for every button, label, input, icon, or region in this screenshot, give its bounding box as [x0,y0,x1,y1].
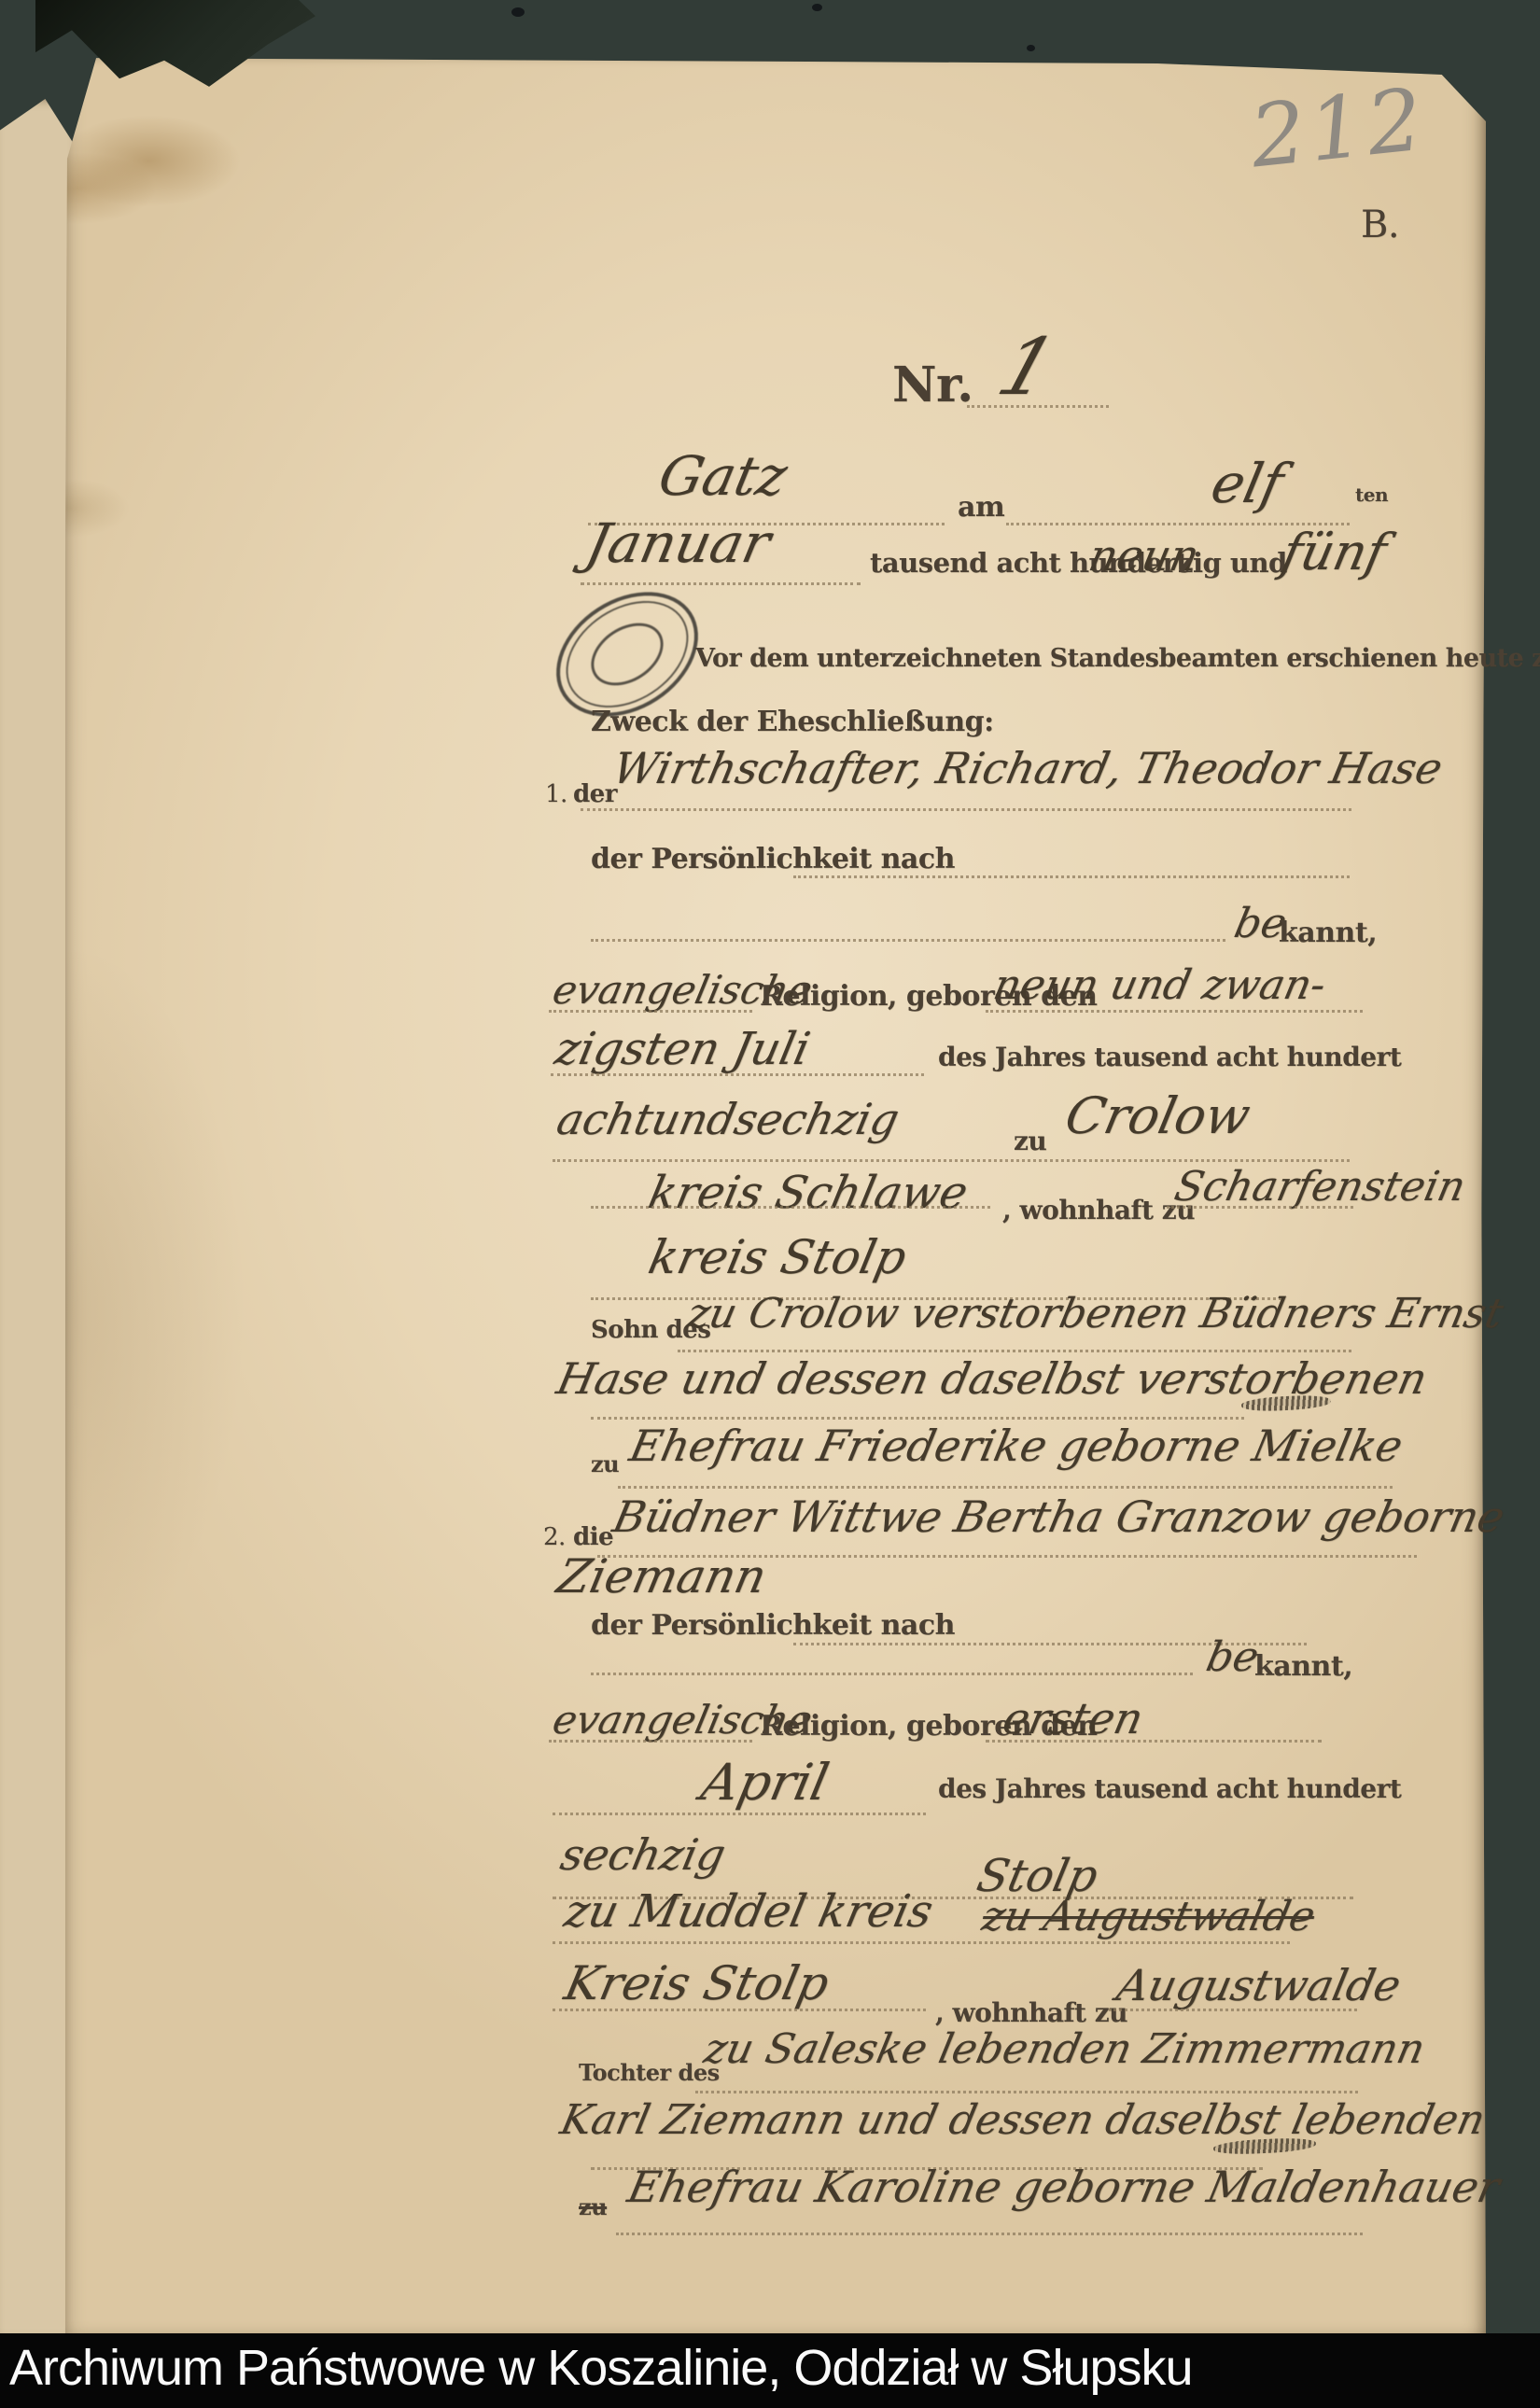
bride-parents-zu-label: zu [579,2193,607,2220]
dotted-fill-line [591,1206,990,1209]
bride-article: die [573,1523,613,1551]
pencil-page-number: 212 [1246,69,1431,187]
intro-line2: Zweck der Eheschließung: [591,706,994,738]
record-number-label: Nr. [892,357,973,413]
dotted-fill-line [678,1350,1351,1352]
dotted-fill-line [793,875,1350,878]
bride-parents-line1: zu Saleske lebenden Zimmermann [700,2025,1429,2073]
groom-residence-label: , wohnhaft zu [1002,1195,1195,1225]
dust-speck [511,7,525,17]
dotted-fill-line [591,1417,1244,1420]
bride-birth-district-entry: Kreis Stolp [560,1956,833,2010]
bride-identity-label: der Persönlichkeit nach [591,1609,955,1642]
bride-birth-month-entry: April [696,1753,833,1812]
dust-speck [1027,45,1035,51]
groom-identity-label: der Persönlichkeit nach [591,843,955,875]
groom-kannt-label: kannt, [1279,917,1377,949]
dotted-fill-line [551,1073,924,1076]
dotted-fill-line [986,1740,1322,1743]
bride-birth-place-entry: zu Muddel kreis [560,1885,937,1938]
dotted-fill-line [591,939,1225,942]
month-entry: Januar [581,511,776,575]
dotted-fill-line [553,1813,926,1815]
groom-birth-day2-entry: zigsten Juli [551,1023,815,1075]
bride-kannt-label: kannt, [1254,1650,1352,1683]
bride-item-number: 2. [543,1523,566,1551]
dotted-fill-line [616,2233,1363,2235]
dotted-fill-line [1109,2009,1357,2011]
bride-parent-label: Tochter des [579,2059,720,2086]
intro-line: Vor dem unterzeichneten Standesbeamten e… [695,644,1540,673]
dotted-fill-line [549,1740,752,1743]
bride-residence-entry: Augustwalde [1113,1960,1406,2010]
day-entry: elf [1206,452,1289,515]
bride-residence-label: , wohnhaft zu [935,1997,1127,2028]
groom-year-label: des Jahres tausend acht hundert [938,1042,1401,1072]
bride-parents-line3: Ehefrau Karoline geborne Maldenhauer [623,2162,1505,2212]
groom-parents-zu-label: zu [591,1450,619,1477]
groom-parents-line3: Ehefrau Friederike geborne Mielke [625,1421,1407,1471]
groom-birth-year-entry: achtundsechzig [553,1094,903,1144]
dotted-fill-line [581,582,861,585]
bride-name-line2: Ziemann [553,1549,771,1603]
groom-residence-district-entry: kreis Stolp [644,1230,911,1284]
dotted-fill-line [581,808,1351,811]
dotted-fill-line [1167,1206,1353,1209]
dotted-fill-line [695,2091,1358,2093]
bride-birth-year-entry: sechzig [556,1829,730,1880]
bride-year-label: des Jahres tausend acht hundert [938,1773,1401,1804]
archive-caption: Archiwum Państwowe w Koszalinie, Oddział… [9,2339,1193,2397]
place-entry: Gatz [653,444,792,508]
bride-birth-place-struck: zu Augustwalde [978,1893,1319,1940]
bride-name-line1: Büdner Wittwe Bertha Granzow geborne [609,1491,1509,1542]
day-suffix: ten [1355,483,1388,506]
groom-residence-entry: Scharfenstein [1170,1163,1470,1211]
bride-birth-day-entry: ersten [999,1693,1148,1743]
dotted-fill-line [967,405,1109,408]
groom-parents-line1: zu Crolow verstorbenen Büdners Ernst [683,1290,1507,1337]
groom-item-number: 1. [545,780,567,808]
groom-birth-place-entry: Crolow [1060,1086,1255,1145]
bride-parents-line2: Karl Ziemann und dessen daselbst lebende… [556,2096,1490,2144]
archive-caption-bar: Archiwum Państwowe w Koszalinie, Oddział… [0,2333,1540,2408]
scanned-document-view: 212 B. Nr. 1 Gatz am elf ten Januar taus… [0,0,1540,2408]
groom-zu-label: zu [1014,1126,1046,1156]
page-letter: B. [1361,203,1399,246]
year-mid-printed: zig und [1178,547,1287,579]
dotted-fill-line [553,1941,1290,1944]
dust-speck [812,4,822,11]
year-ones-entry: fünf [1277,523,1392,581]
dotted-fill-line [618,1486,1393,1489]
dotted-fill-line [591,1673,1193,1675]
groom-birth-district-entry: kreis Schlawe [644,1167,973,1219]
dotted-fill-line [549,1010,752,1013]
am-label: am [958,491,1004,524]
groom-name-entry: Wirthschafter, Richard, Theodor Hase [609,743,1447,793]
dotted-fill-line [553,2009,926,2011]
dotted-fill-line [553,1159,1350,1162]
groom-birth-day-entry: neun und zwan- [989,961,1330,1009]
dotted-fill-line [986,1010,1363,1013]
